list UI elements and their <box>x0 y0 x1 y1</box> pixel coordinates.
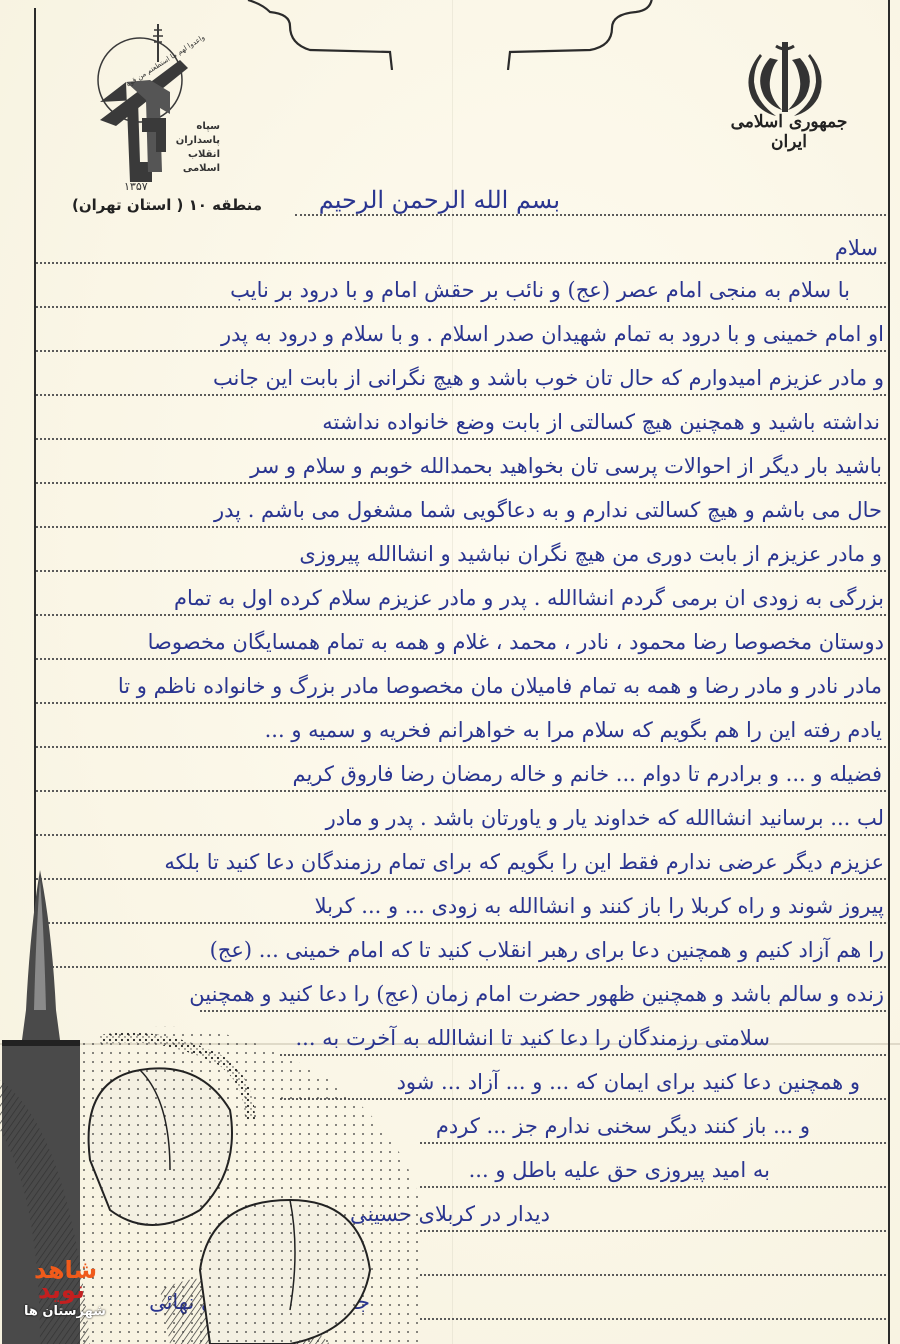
letter-line: به امید پیروزی حق علیه باطل و ... <box>469 1158 770 1182</box>
letter-line: و مادر عزیزم از بابت دوری من هیچ نگران ن… <box>299 542 882 566</box>
letter-line: دوستان مخصوصا رضا محمود ، نادر ، محمد ، … <box>148 630 884 654</box>
ruled-line <box>36 746 886 748</box>
ruled-line <box>36 790 886 792</box>
letter-line: باشید بار دیگر از احوالات پرسی تان بخواه… <box>250 454 882 478</box>
ruled-line <box>420 1230 886 1232</box>
ruled-line <box>36 570 886 572</box>
letter-line: و مادر عزیزم امیدوارم که حال تان خوب باش… <box>213 366 884 390</box>
ruled-line <box>36 834 886 836</box>
basmala: بسم الله الرحمن الرحیم <box>319 186 560 214</box>
ruled-line <box>36 526 886 528</box>
letter-line: بزرگی به زودی ان برمی گردم انشاالله . پد… <box>174 586 884 610</box>
irgc-founding-year: ۱۳۵۷ <box>124 180 148 193</box>
irgc-region-label: منطقه ۱۰ ( استان تهران) <box>72 196 262 214</box>
letter-line: و ... باز کنند دیگر سخنی ندارم جز ... کر… <box>436 1114 810 1138</box>
letter-line: یادم رفته این را هم بگویم که سلام مرا به… <box>265 718 882 742</box>
greeting: سلام <box>835 236 878 260</box>
letter-line: فضیله و ... و برادرم تا دوام ... خانم و … <box>292 762 882 786</box>
ruled-line <box>295 214 886 216</box>
watermark-line3: شهرستان ها <box>24 1304 106 1319</box>
iran-emblem-icon <box>740 40 830 120</box>
ruled-line <box>420 1318 886 1320</box>
ruled-line <box>420 1142 886 1144</box>
letter-line: نداشته باشید و همچنین هیچ کسالتی از بابت… <box>322 410 880 434</box>
ruled-line <box>36 306 886 308</box>
letter-line: مادر نادر و مادر رضا و همه به تمام فامیل… <box>118 674 882 698</box>
letter-line: با سلام به منجی امام عصر (عج) و نائب بر … <box>230 278 850 302</box>
page-border-right <box>888 0 890 1344</box>
ruled-line <box>420 1186 886 1188</box>
ruled-line <box>36 658 886 660</box>
watermark-line2: نوید <box>38 1276 85 1304</box>
ruled-line <box>36 702 886 704</box>
ruled-line <box>36 482 886 484</box>
ruled-line <box>36 614 886 616</box>
header-cartouche <box>240 0 660 70</box>
letter-line: حال می باشم و هیچ کسالتی ندارم و به دعاگ… <box>214 498 882 522</box>
emblem-caption: جمهوری اسلامی ایران <box>724 112 854 152</box>
letter-line: او امام خمینی و با درود به تمام شهیدان ص… <box>221 322 884 346</box>
ruled-line <box>36 350 886 352</box>
letter-line: و همچنین دعا کنید برای ایمان که ... و ..… <box>397 1070 860 1094</box>
ruled-line <box>420 1274 886 1276</box>
site-watermark-logo: شاهد نوید شهرستان ها <box>24 1250 134 1340</box>
ruled-line <box>36 438 886 440</box>
irgc-name-text: سپاه پاسداران انقلاب اسلامی <box>168 120 220 176</box>
ruled-line <box>36 262 886 264</box>
ruled-line <box>36 394 886 396</box>
letter-line: لب ... برسانید انشاالله که خداوند یار و … <box>326 806 884 830</box>
